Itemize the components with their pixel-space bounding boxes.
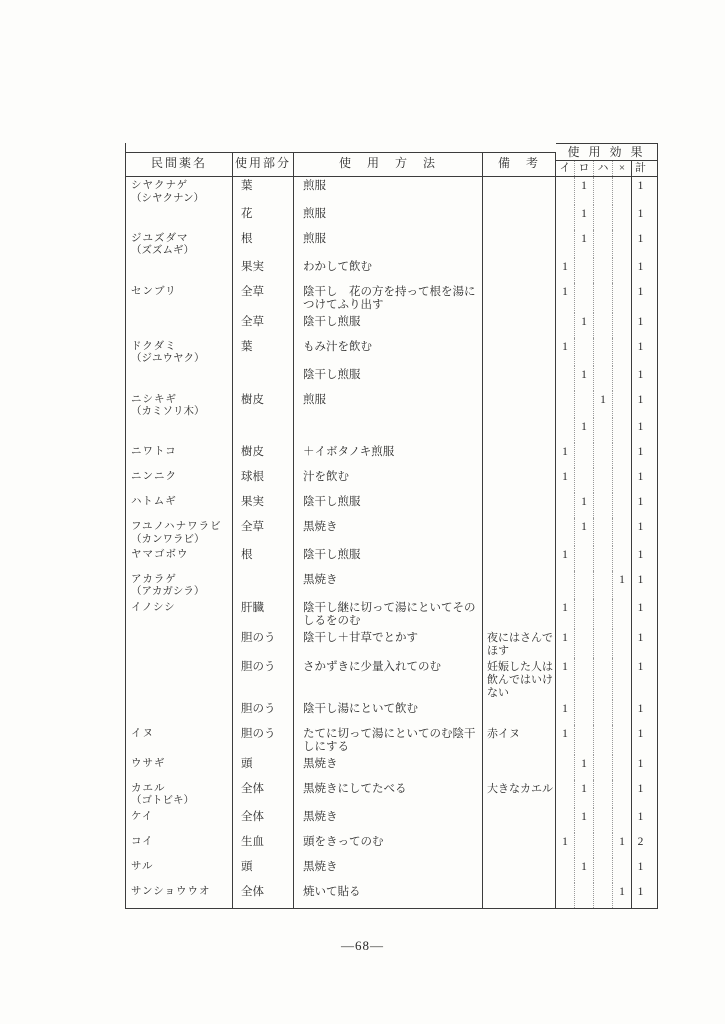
used-part-cell: 生血 <box>233 833 294 858</box>
effect-x-cell <box>613 313 632 338</box>
effect-ro-cell: 1 <box>575 858 594 883</box>
effect-ro-cell <box>575 546 594 571</box>
usage-method-cell: 煎服 <box>294 177 483 205</box>
effect-total-cell: 1 <box>632 599 649 629</box>
used-part-cell: 樹皮 <box>233 391 294 419</box>
medicine-alias: （アカガシラ） <box>131 586 230 598</box>
effect-ro-cell: 1 <box>575 493 594 518</box>
effect-subheader-ha: ハ <box>594 161 613 176</box>
table-row: 果実 わかして飲む 1 1 <box>126 258 657 283</box>
effect-total-cell: 1 <box>632 808 649 833</box>
medicine-name-cell <box>126 418 233 443</box>
used-part-cell: 球根 <box>233 468 294 493</box>
column-header-remarks: 備 考 <box>483 152 556 176</box>
effect-total-cell: 1 <box>632 338 649 366</box>
effect-i-cell <box>556 808 575 833</box>
effect-ha-cell <box>594 780 613 808</box>
remarks-cell: 妊娠した人は飲んではいけない <box>483 658 556 700</box>
used-part-cell: 胆のう <box>233 629 294 658</box>
medicine-alias: （シヤクナン） <box>131 193 230 205</box>
used-part-cell: 全体 <box>233 780 294 808</box>
effect-x-cell <box>613 283 632 313</box>
medicine-name: シヤクナゲ <box>131 180 188 191</box>
used-part-cell <box>233 366 294 391</box>
medicine-name-cell: コイ <box>126 833 233 858</box>
effect-i-cell <box>556 230 575 258</box>
effect-ha-cell <box>594 629 613 658</box>
table-row: イヌ 胆のう たてに切って湯にといてのむ陰干しにする 赤イヌ 1 1 <box>126 725 657 755</box>
effect-i-cell: 1 <box>556 338 575 366</box>
remarks-cell <box>483 883 556 908</box>
effect-ha-cell: 1 <box>594 391 613 419</box>
effect-x-cell <box>613 391 632 419</box>
medicine-name: コイ <box>131 836 154 847</box>
used-part-cell: 果実 <box>233 258 294 283</box>
table-row: 花 煎服 1 1 <box>126 205 657 230</box>
usage-method-cell: ＋イボタノキ煎服 <box>294 443 483 468</box>
table-row: フユノハナワラビ （カンワラビ） 全草 黒焼き 1 1 <box>126 518 657 546</box>
usage-method-cell: もみ汁を飲む <box>294 338 483 366</box>
effect-ha-cell <box>594 493 613 518</box>
effect-total-cell: 1 <box>632 858 649 883</box>
effect-ro-cell <box>575 258 594 283</box>
medicine-name: フユノハナワラビ <box>131 521 222 532</box>
effect-ro-cell <box>575 599 594 629</box>
remarks-cell <box>483 391 556 419</box>
medicine-name-cell: ウサギ <box>126 755 233 780</box>
medicine-name-cell: アカラゲ （アカガシラ） <box>126 571 233 599</box>
effect-x-cell <box>613 205 632 230</box>
effect-x-cell <box>613 258 632 283</box>
effect-ha-cell <box>594 468 613 493</box>
effect-total-cell: 1 <box>632 468 649 493</box>
table-header-row: 民間薬名 使用部分 使 用 方 法 備 考 使 用 効 果 イ ロ ハ × 計 <box>126 143 657 177</box>
medicine-name-cell <box>126 658 233 700</box>
remarks-cell <box>483 205 556 230</box>
effect-ha-cell <box>594 755 613 780</box>
effect-ha-cell <box>594 725 613 755</box>
effect-i-cell <box>556 205 575 230</box>
effect-ro-cell: 1 <box>575 418 594 443</box>
medicine-name: ニシキギ <box>131 394 177 405</box>
medicine-name-cell: ニシキギ （カミソリ木） <box>126 391 233 419</box>
medicine-name-cell <box>126 313 233 338</box>
effect-subheader-i: イ <box>556 161 575 176</box>
used-part-cell: 肝臓 <box>233 599 294 629</box>
effect-ro-cell <box>575 283 594 313</box>
remarks-cell <box>483 599 556 629</box>
medicine-name-cell: サル <box>126 858 233 883</box>
effect-i-cell: 1 <box>556 725 575 755</box>
table-body: シヤクナゲ （シヤクナン） 葉 煎服 1 1 花 煎服 1 1 ジユズダマ （ズ… <box>126 177 657 907</box>
effect-i-cell: 1 <box>556 258 575 283</box>
effect-ha-cell <box>594 366 613 391</box>
remarks-cell <box>483 700 556 725</box>
effect-ro-cell <box>575 700 594 725</box>
effect-ro-cell: 1 <box>575 177 594 205</box>
effect-total-cell: 1 <box>632 493 649 518</box>
effect-x-cell <box>613 725 632 755</box>
effect-ro-cell: 1 <box>575 366 594 391</box>
effect-ro-cell: 1 <box>575 780 594 808</box>
effect-x-cell <box>613 546 632 571</box>
effect-x-cell <box>613 658 632 700</box>
medicine-name: イヌ <box>131 728 154 739</box>
effect-x-cell: 1 <box>613 833 632 858</box>
table-row: ケイ 全体 黒焼き 1 1 <box>126 808 657 833</box>
effect-total-cell: 1 <box>632 700 649 725</box>
medicine-name: ハトムギ <box>131 496 177 507</box>
used-part-cell: 根 <box>233 546 294 571</box>
effect-x-cell <box>613 629 632 658</box>
effect-total-cell: 1 <box>632 883 649 908</box>
medicine-name: センブリ <box>131 286 177 297</box>
usage-method-cell: 黒焼き <box>294 755 483 780</box>
used-part-cell: 胆のう <box>233 658 294 700</box>
column-header-used-part: 使用部分 <box>233 152 294 176</box>
medicine-alias: （ズズムギ） <box>131 245 230 257</box>
table-row: ニワトコ 樹皮 ＋イボタノキ煎服 1 1 <box>126 443 657 468</box>
table-row: カエル （ゴトビキ） 全体 黒焼きにしてたべる 大きなカエル 1 1 <box>126 780 657 808</box>
remarks-cell <box>483 858 556 883</box>
effect-total-cell: 1 <box>632 366 649 391</box>
table-row: ニシキギ （カミソリ木） 樹皮 煎服 1 1 <box>126 391 657 419</box>
effect-x-cell: 1 <box>613 883 632 908</box>
usage-method-cell: 汁を飲む <box>294 468 483 493</box>
effect-x-cell <box>613 366 632 391</box>
medicine-name: ヤマゴボウ <box>131 549 189 560</box>
effect-x-cell: 1 <box>613 571 632 599</box>
table-row: イノシシ 肝臓 陰干し継に切って湯にといてそのしるをのむ 1 1 <box>126 599 657 629</box>
medicine-name-cell: ヤマゴボウ <box>126 546 233 571</box>
usage-method-cell: 頭をきってのむ <box>294 833 483 858</box>
effect-total-cell: 1 <box>632 258 649 283</box>
table-row: ジユズダマ （ズズムギ） 根 煎服 1 1 <box>126 230 657 258</box>
effect-x-cell <box>613 443 632 468</box>
medicine-name-cell: ニンニク <box>126 468 233 493</box>
remarks-cell <box>483 755 556 780</box>
effect-ro-cell: 1 <box>575 230 594 258</box>
effect-total-cell: 1 <box>632 725 649 755</box>
effect-ha-cell <box>594 883 613 908</box>
usage-method-cell: わかして飲む <box>294 258 483 283</box>
table-row: 胆のう 陰干し＋甘草でとかす 夜にはさんでほす 1 1 <box>126 629 657 658</box>
usage-method-cell: 陰干し煎服 <box>294 546 483 571</box>
usage-method-cell: 黒焼き <box>294 858 483 883</box>
usage-method-cell: 黒焼き <box>294 571 483 599</box>
effect-ro-cell <box>575 833 594 858</box>
remarks-cell <box>483 833 556 858</box>
table-row: コイ 生血 頭をきってのむ 1 1 2 <box>126 833 657 858</box>
used-part-cell: 胆のう <box>233 700 294 725</box>
column-header-usage-effect: 使 用 効 果 <box>556 144 657 161</box>
effect-i-cell <box>556 391 575 419</box>
used-part-cell: 樹皮 <box>233 443 294 468</box>
effect-subheader-row: イ ロ ハ × 計 <box>556 161 657 176</box>
effect-ro-cell: 1 <box>575 313 594 338</box>
table-row: 胆のう さかずきに少量入れてのむ 妊娠した人は飲んではいけない 1 1 <box>126 658 657 700</box>
medicine-name: サル <box>131 861 153 872</box>
table-row: 胆のう 陰干し湯にといて飲む 1 1 <box>126 700 657 725</box>
effect-ha-cell <box>594 283 613 313</box>
table-row: ハトムギ 果実 陰干し煎服 1 1 <box>126 493 657 518</box>
remarks-cell <box>483 313 556 338</box>
effect-x-cell <box>613 700 632 725</box>
effect-ha-cell <box>594 177 613 205</box>
effect-ha-cell <box>594 230 613 258</box>
table-row: アカラゲ （アカガシラ） 黒焼き 1 1 <box>126 571 657 599</box>
effect-x-cell <box>613 230 632 258</box>
effect-i-cell <box>556 366 575 391</box>
medicine-name: ケイ <box>131 811 153 822</box>
effect-total-cell: 2 <box>632 833 649 858</box>
effect-i-cell: 1 <box>556 599 575 629</box>
column-header-medicine-name: 民間薬名 <box>126 152 233 176</box>
remarks-cell <box>483 546 556 571</box>
usage-method-cell: 煎服 <box>294 391 483 419</box>
folk-medicine-table: 民間薬名 使用部分 使 用 方 法 備 考 使 用 効 果 イ ロ ハ × 計 … <box>125 143 658 909</box>
effect-ro-cell <box>575 443 594 468</box>
remarks-cell: 赤イヌ <box>483 725 556 755</box>
scanned-document-page: 民間薬名 使用部分 使 用 方 法 備 考 使 用 効 果 イ ロ ハ × 計 … <box>0 0 725 1024</box>
usage-method-cell: さかずきに少量入れてのむ <box>294 658 483 700</box>
effect-ro-cell <box>575 571 594 599</box>
effect-ha-cell <box>594 808 613 833</box>
effect-x-cell <box>613 468 632 493</box>
remarks-cell: 大きなカエル <box>483 780 556 808</box>
medicine-name-cell <box>126 366 233 391</box>
effect-i-cell <box>556 313 575 338</box>
effect-ro-cell: 1 <box>575 205 594 230</box>
medicine-alias: （カンワラビ） <box>131 534 230 546</box>
effect-ha-cell <box>594 546 613 571</box>
remarks-cell <box>483 258 556 283</box>
medicine-name: ニンニク <box>131 471 177 482</box>
effect-x-cell <box>613 858 632 883</box>
medicine-name-cell <box>126 205 233 230</box>
medicine-alias: （ゴトビキ） <box>131 795 230 807</box>
effect-total-cell: 1 <box>632 177 649 205</box>
effect-total-cell: 1 <box>632 518 649 546</box>
medicine-name: ドクダミ <box>131 341 177 352</box>
used-part-cell: 頭 <box>233 858 294 883</box>
table-row: サンショウウオ 全体 焼いて貼る 1 1 <box>126 883 657 908</box>
table-row: シヤクナゲ （シヤクナン） 葉 煎服 1 1 <box>126 177 657 205</box>
medicine-name-cell: ニワトコ <box>126 443 233 468</box>
table-row: サル 頭 黒焼き 1 1 <box>126 858 657 883</box>
medicine-name-cell <box>126 629 233 658</box>
medicine-name-cell: ジユズダマ （ズズムギ） <box>126 230 233 258</box>
usage-method-cell: 煎服 <box>294 230 483 258</box>
effect-i-cell <box>556 755 575 780</box>
usage-method-cell: 黒焼き <box>294 808 483 833</box>
effect-ro-cell: 1 <box>575 808 594 833</box>
effect-ro-cell <box>575 883 594 908</box>
table-row: 全草 陰干し煎服 1 1 <box>126 313 657 338</box>
effect-ha-cell <box>594 599 613 629</box>
effect-subheader-total: 計 <box>632 161 649 176</box>
usage-method-cell: 陰干し＋甘草でとかす <box>294 629 483 658</box>
used-part-cell: 全草 <box>233 313 294 338</box>
medicine-name: ジユズダマ <box>131 233 189 244</box>
usage-method-cell: たてに切って湯にといてのむ陰干しにする <box>294 725 483 755</box>
medicine-name-cell: カエル （ゴトビキ） <box>126 780 233 808</box>
medicine-name-cell: イノシシ <box>126 599 233 629</box>
medicine-name-cell: センブリ <box>126 283 233 313</box>
medicine-name-cell <box>126 258 233 283</box>
used-part-cell: 葉 <box>233 177 294 205</box>
effect-i-cell: 1 <box>556 546 575 571</box>
usage-method-cell <box>294 418 483 443</box>
effect-i-cell: 1 <box>556 283 575 313</box>
effect-i-cell <box>556 571 575 599</box>
effect-ha-cell <box>594 313 613 338</box>
remarks-cell <box>483 493 556 518</box>
effect-ro-cell <box>575 658 594 700</box>
remarks-cell <box>483 230 556 258</box>
remarks-cell <box>483 808 556 833</box>
table-row: ウサギ 頭 黒焼き 1 1 <box>126 755 657 780</box>
medicine-name-cell: ハトムギ <box>126 493 233 518</box>
effect-i-cell: 1 <box>556 629 575 658</box>
used-part-cell: 全体 <box>233 808 294 833</box>
effect-i-cell <box>556 177 575 205</box>
effect-total-cell: 1 <box>632 205 649 230</box>
effect-x-cell <box>613 755 632 780</box>
medicine-name-cell: ケイ <box>126 808 233 833</box>
table-row: 1 1 <box>126 418 657 443</box>
effect-ro-cell <box>575 629 594 658</box>
medicine-name-cell <box>126 700 233 725</box>
medicine-alias: （ジユウヤク） <box>131 353 230 365</box>
page-number: ―68― <box>0 938 725 954</box>
medicine-name: ニワトコ <box>131 446 177 457</box>
usage-method-cell: 陰干し煎服 <box>294 493 483 518</box>
effect-subheader-x: × <box>613 161 632 176</box>
column-header-usage-effect-group: 使 用 効 果 イ ロ ハ × 計 <box>556 143 657 176</box>
effect-ha-cell <box>594 658 613 700</box>
used-part-cell: 花 <box>233 205 294 230</box>
effect-x-cell <box>613 808 632 833</box>
effect-ha-cell <box>594 858 613 883</box>
effect-ha-cell <box>594 518 613 546</box>
effect-i-cell <box>556 518 575 546</box>
effect-i-cell: 1 <box>556 700 575 725</box>
medicine-alias: （カミソリ木） <box>131 406 230 418</box>
used-part-cell: 葉 <box>233 338 294 366</box>
usage-method-cell: 黒焼きにしてたべる <box>294 780 483 808</box>
usage-method-cell: 陰干し煎服 <box>294 313 483 338</box>
effect-ha-cell <box>594 418 613 443</box>
medicine-name: ウサギ <box>131 758 166 769</box>
effect-i-cell <box>556 418 575 443</box>
effect-total-cell: 1 <box>632 629 649 658</box>
medicine-name-cell: フユノハナワラビ （カンワラビ） <box>126 518 233 546</box>
effect-i-cell <box>556 883 575 908</box>
used-part-cell: 全体 <box>233 883 294 908</box>
remarks-cell <box>483 338 556 366</box>
used-part-cell: 全草 <box>233 283 294 313</box>
effect-ro-cell <box>575 725 594 755</box>
effect-x-cell <box>613 780 632 808</box>
effect-ha-cell <box>594 205 613 230</box>
effect-total-cell: 1 <box>632 230 649 258</box>
effect-total-cell: 1 <box>632 283 649 313</box>
effect-total-cell: 1 <box>632 571 649 599</box>
effect-ha-cell <box>594 443 613 468</box>
effect-i-cell <box>556 858 575 883</box>
usage-method-cell: 陰干し煎服 <box>294 366 483 391</box>
column-header-usage-method: 使 用 方 法 <box>294 152 483 176</box>
effect-x-cell <box>613 599 632 629</box>
effect-x-cell <box>613 518 632 546</box>
used-part-cell: 全草 <box>233 518 294 546</box>
medicine-name-cell: イヌ <box>126 725 233 755</box>
usage-method-cell: 陰干し継に切って湯にといてそのしるをのむ <box>294 599 483 629</box>
usage-method-cell: 陰干し 花の方を持って根を湯につけてふり出す <box>294 283 483 313</box>
effect-total-cell: 1 <box>632 546 649 571</box>
medicine-name-cell: シヤクナゲ （シヤクナン） <box>126 177 233 205</box>
effect-ro-cell <box>575 468 594 493</box>
effect-x-cell <box>613 493 632 518</box>
remarks-cell <box>483 283 556 313</box>
effect-i-cell <box>556 493 575 518</box>
effect-i-cell <box>556 780 575 808</box>
effect-ha-cell <box>594 258 613 283</box>
medicine-name: カエル <box>131 783 166 794</box>
effect-i-cell: 1 <box>556 658 575 700</box>
medicine-name: イノシシ <box>131 602 176 613</box>
effect-x-cell <box>613 338 632 366</box>
effect-x-cell <box>613 418 632 443</box>
effect-i-cell: 1 <box>556 833 575 858</box>
medicine-name: アカラゲ <box>131 574 177 585</box>
remarks-cell <box>483 177 556 205</box>
effect-ro-cell <box>575 338 594 366</box>
medicine-name-cell: サンショウウオ <box>126 883 233 908</box>
effect-total-cell: 1 <box>632 391 649 419</box>
used-part-cell: 根 <box>233 230 294 258</box>
effect-total-cell: 1 <box>632 313 649 338</box>
used-part-cell: 果実 <box>233 493 294 518</box>
effect-ha-cell <box>594 338 613 366</box>
effect-ro-cell: 1 <box>575 518 594 546</box>
remarks-cell: 夜にはさんでほす <box>483 629 556 658</box>
effect-total-cell: 1 <box>632 780 649 808</box>
used-part-cell: 頭 <box>233 755 294 780</box>
remarks-cell <box>483 571 556 599</box>
effect-ha-cell <box>594 571 613 599</box>
remarks-cell <box>483 418 556 443</box>
effect-ro-cell <box>575 391 594 419</box>
effect-total-cell: 1 <box>632 658 649 700</box>
table-row: センブリ 全草 陰干し 花の方を持って根を湯につけてふり出す 1 1 <box>126 283 657 313</box>
table-row: ドクダミ （ジユウヤク） 葉 もみ汁を飲む 1 1 <box>126 338 657 366</box>
effect-i-cell: 1 <box>556 468 575 493</box>
medicine-name: サンショウウオ <box>131 886 211 897</box>
table-row: ニンニク 球根 汁を飲む 1 1 <box>126 468 657 493</box>
usage-method-cell: 陰干し湯にといて飲む <box>294 700 483 725</box>
medicine-name-cell: ドクダミ （ジユウヤク） <box>126 338 233 366</box>
effect-subheader-ro: ロ <box>575 161 594 176</box>
remarks-cell <box>483 443 556 468</box>
remarks-cell <box>483 366 556 391</box>
used-part-cell: 胆のう <box>233 725 294 755</box>
effect-total-cell: 1 <box>632 755 649 780</box>
used-part-cell <box>233 571 294 599</box>
effect-i-cell: 1 <box>556 443 575 468</box>
effect-ha-cell <box>594 833 613 858</box>
